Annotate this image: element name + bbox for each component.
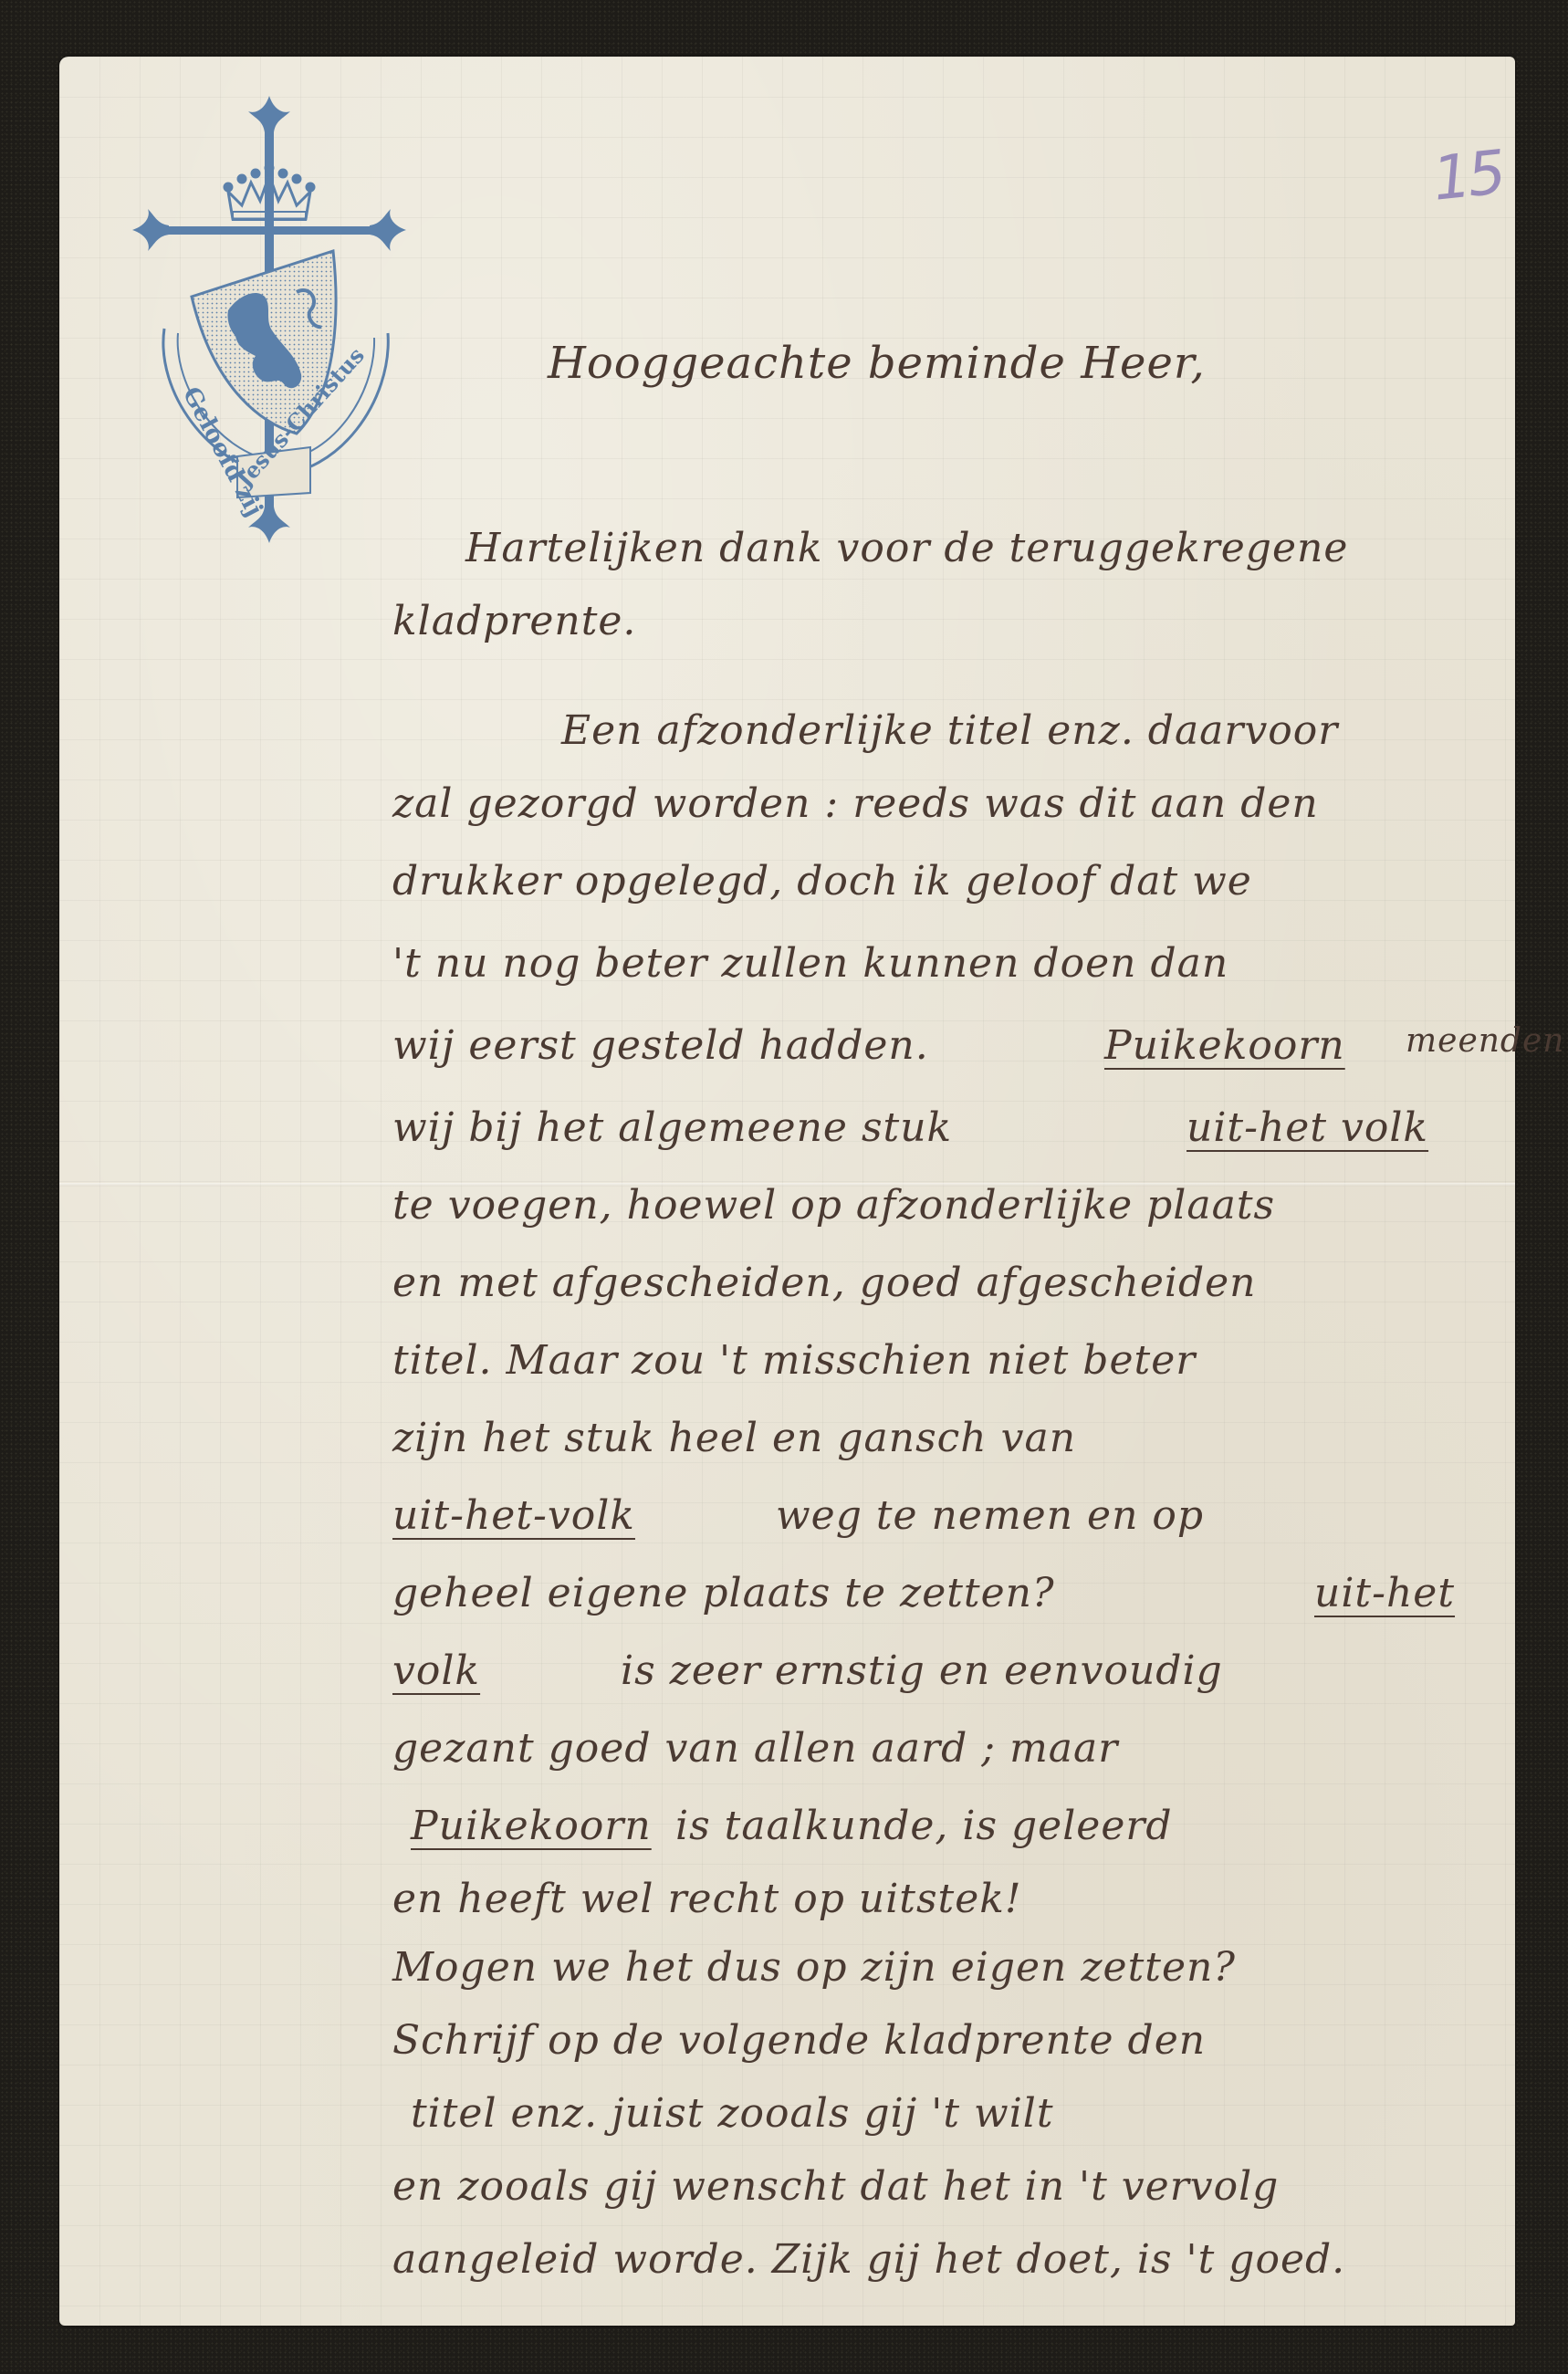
letter-line: meenden xyxy=(1406,1022,1564,1060)
letter-line: Een afzonderlijke titel enz. daarvoor xyxy=(561,707,1338,754)
letter-line: Hartelijken dank voor de teruggekregene xyxy=(465,525,1348,571)
letter-line: drukker opgelegd, doch ik geloof dat we xyxy=(392,858,1252,905)
underlined-title: uit-het-volk xyxy=(392,1492,635,1539)
letter-line: gezant goed van allen aard ; maar xyxy=(392,1725,1118,1772)
letter-line: zijn het stuk heel en gansch van xyxy=(392,1415,1076,1461)
letter-line: is zeer ernstig en eenvoudig xyxy=(621,1647,1223,1694)
letter-line: weg te nemen en op xyxy=(776,1492,1204,1539)
letter-line: titel. Maar zou 't misschien niet beter xyxy=(392,1337,1196,1384)
letter-line: wij eerst gesteld hadden. xyxy=(392,1022,929,1069)
letter-line: 't nu nog beter zullen kunnen doen dan xyxy=(392,940,1228,987)
letter-line: Schrijf op de volgende kladprente den xyxy=(392,2017,1206,2064)
underlined-title: Puikekoorn xyxy=(1104,1022,1345,1069)
crest-emblem-icon: Geloofd zij Jesus-Christus xyxy=(128,91,411,548)
letter-line: Mogen we het dus op zijn eigen zetten? xyxy=(392,1944,1236,1991)
letter-line: geheel eigene plaats te zetten? xyxy=(392,1570,1055,1616)
underlined-title: uit-het volk xyxy=(1186,1104,1428,1151)
letter-line: titel enz. juist zooals gij 't wilt xyxy=(411,2090,1054,2137)
letter-line: zal gezorgd worden : reeds was dit aan d… xyxy=(392,780,1319,827)
letter-line: wij bij het algemeene stuk xyxy=(392,1104,952,1151)
underlined-title: uit-het xyxy=(1314,1570,1455,1616)
letter-line: kladprente. xyxy=(392,598,636,644)
letter-line: aangeleid worde. Zijk gij het doet, is '… xyxy=(392,2236,1345,2283)
salutation: Hooggeachte beminde Heer, xyxy=(548,338,1206,389)
page-number: 15 xyxy=(1429,137,1506,214)
letter-line: en zooals gij wenscht dat het in 't verv… xyxy=(392,2163,1279,2210)
letter-line: te voegen, hoewel op afzonderlijke plaat… xyxy=(392,1182,1275,1229)
underlined-title: volk xyxy=(392,1647,480,1694)
letter-line: en heeft wel recht op uitstek! xyxy=(392,1876,1022,1922)
letter-line: is taalkunde, is geleerd xyxy=(675,1803,1173,1849)
letter-line: en met afgescheiden, goed afgescheiden xyxy=(392,1260,1257,1306)
underlined-title: Puikekoorn xyxy=(411,1803,652,1849)
